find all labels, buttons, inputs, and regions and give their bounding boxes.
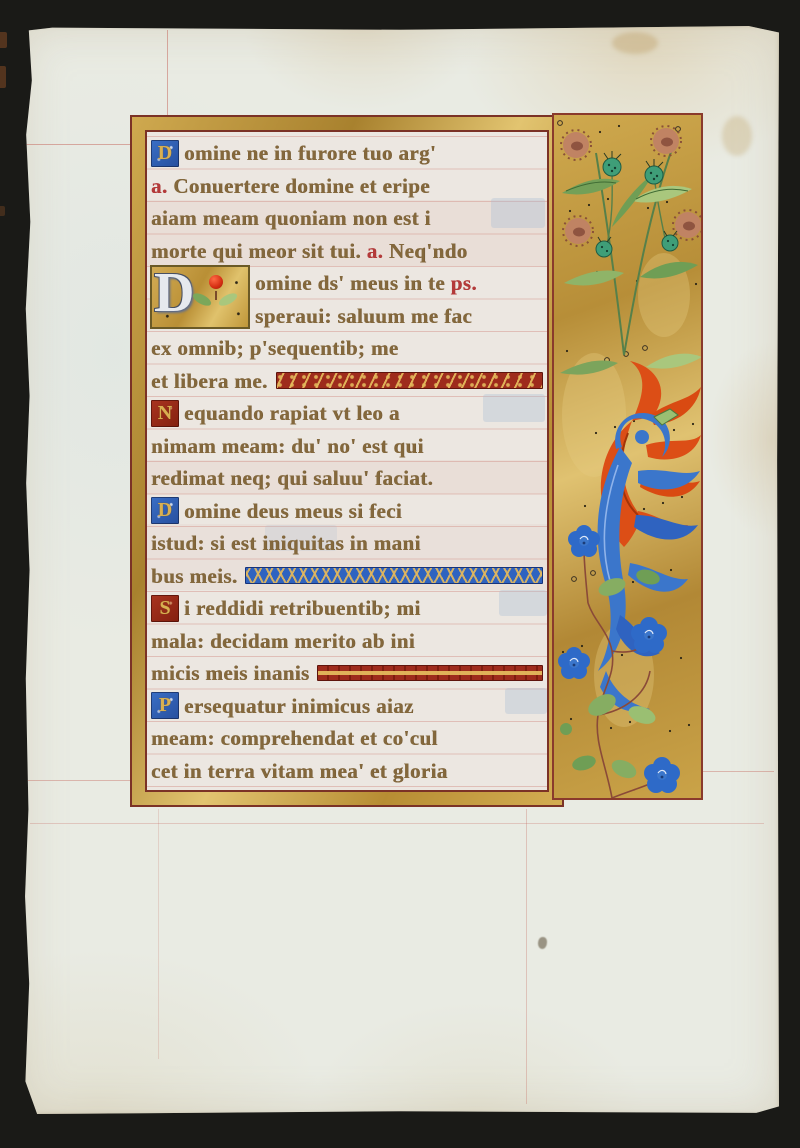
ruling-line: [167, 30, 168, 117]
floral-border-panel: [552, 113, 703, 800]
text-line: Domine deus meus si feci: [151, 495, 545, 528]
text-segment: mala: decidam merito ab ini: [151, 625, 415, 658]
text-line: istud: si est iniquitas in mani: [151, 527, 545, 560]
stem-icon: [215, 291, 217, 300]
binding-stub-mark: [0, 66, 6, 88]
text-line: a. Conuertere domine et eripe: [151, 170, 545, 203]
text-segment: equando rapiat vt leo a: [184, 397, 400, 430]
text-segment: Neq'ndo: [389, 235, 468, 268]
text-segment: meam: comprehendat et co'cul: [151, 722, 438, 755]
text-segment: aiam meam quoniam non est i: [151, 202, 431, 235]
ruling-line: [698, 771, 774, 772]
text-line: mala: decidam merito ab ini: [151, 625, 545, 658]
text-line: Persequatur inimicus aiaz: [151, 690, 545, 723]
ruling-line: [158, 809, 159, 1059]
text-segment: ersequatur inimicus aiaz: [184, 690, 414, 723]
line-filler-red-leaf: [317, 665, 543, 681]
berry-flower-icon: [209, 275, 223, 289]
text-block-frame: D Domine ne in furore tuo arg'a. Conuert…: [130, 115, 564, 807]
text-line: nimam meam: du' no' est qui: [151, 430, 545, 463]
text-line: aiam meam quoniam non est i: [151, 202, 545, 235]
text-segment: nimam meam: du' no' est qui: [151, 430, 424, 463]
text-segment: redimat neq; qui saluu' faciat.: [151, 462, 433, 495]
drop-cap-initial: D: [150, 265, 250, 329]
ruling-line: [526, 809, 527, 1104]
illuminated-initial: D: [151, 497, 179, 524]
ruling-line: [26, 144, 134, 145]
text-line: cet in terra vitam mea' et gloria: [151, 755, 545, 788]
text-segment: et libera me.: [151, 365, 268, 398]
text-segment: Conuertere domine et eripe: [173, 170, 430, 203]
text-segment: istud: si est iniquitas in mani: [151, 527, 421, 560]
binding-stub-mark: [0, 32, 7, 48]
text-segment: i reddidi retribuentib; mi: [184, 592, 421, 625]
ruling-line: [30, 823, 764, 824]
ruling-line: [26, 780, 136, 781]
text-block: D Domine ne in furore tuo arg'a. Conuert…: [145, 130, 549, 792]
text-line: morte qui meor sit tui. a. Neq'ndo: [151, 235, 545, 268]
line-filler-red-vine: [276, 372, 543, 389]
text-segment: ps.: [451, 267, 477, 300]
text-line: ex omnib; p'sequentib; me: [151, 332, 545, 365]
text-segment: a.: [151, 170, 173, 203]
text-segment: ex omnib; p'sequentib; me: [151, 332, 398, 365]
text-line: Domine ne in furore tuo arg': [151, 137, 545, 170]
text-segment: a.: [367, 235, 389, 268]
drop-cap-letter: D: [154, 261, 194, 325]
text-segment: omine deus meus si feci: [184, 495, 402, 528]
illuminated-initial: S: [151, 595, 179, 622]
text-line: meam: comprehendat et co'cul: [151, 722, 545, 755]
illuminated-initial: D: [151, 140, 179, 167]
text-line: et libera me.: [151, 365, 545, 398]
ink-smudge-stain: [538, 937, 547, 949]
photo-background: D Domine ne in furore tuo arg'a. Conuert…: [0, 0, 800, 1148]
text-segment: bus meis.: [151, 560, 237, 593]
manuscript-leaf: D Domine ne in furore tuo arg'a. Conuert…: [22, 26, 779, 1114]
foxing-stain: [722, 116, 752, 156]
text-segment: omine ds' meus in te: [255, 267, 451, 300]
binding-stub-mark: [0, 206, 5, 216]
text-line: redimat neq; qui saluu' faciat.: [151, 462, 545, 495]
text-line: bus meis.: [151, 560, 545, 593]
foxing-stain: [612, 32, 658, 54]
illuminated-initial: P: [151, 692, 179, 719]
text-segment: micis meis inanis: [151, 657, 309, 690]
text-area: D Domine ne in furore tuo arg'a. Conuert…: [147, 132, 547, 790]
leaf-icon: [217, 291, 239, 308]
text-line: Si reddidi retribuentib; mi: [151, 592, 545, 625]
text-line: Nequando rapiat vt leo a: [151, 397, 545, 430]
text-segment: cet in terra vitam mea' et gloria: [151, 755, 448, 788]
text-segment: omine ne in furore tuo arg': [184, 137, 436, 170]
text-line: micis meis inanis: [151, 657, 545, 690]
illuminated-initial: N: [151, 400, 179, 427]
line-filler-blue-chain: [245, 567, 543, 584]
text-segment: speraui: saluum me fac: [255, 300, 472, 333]
